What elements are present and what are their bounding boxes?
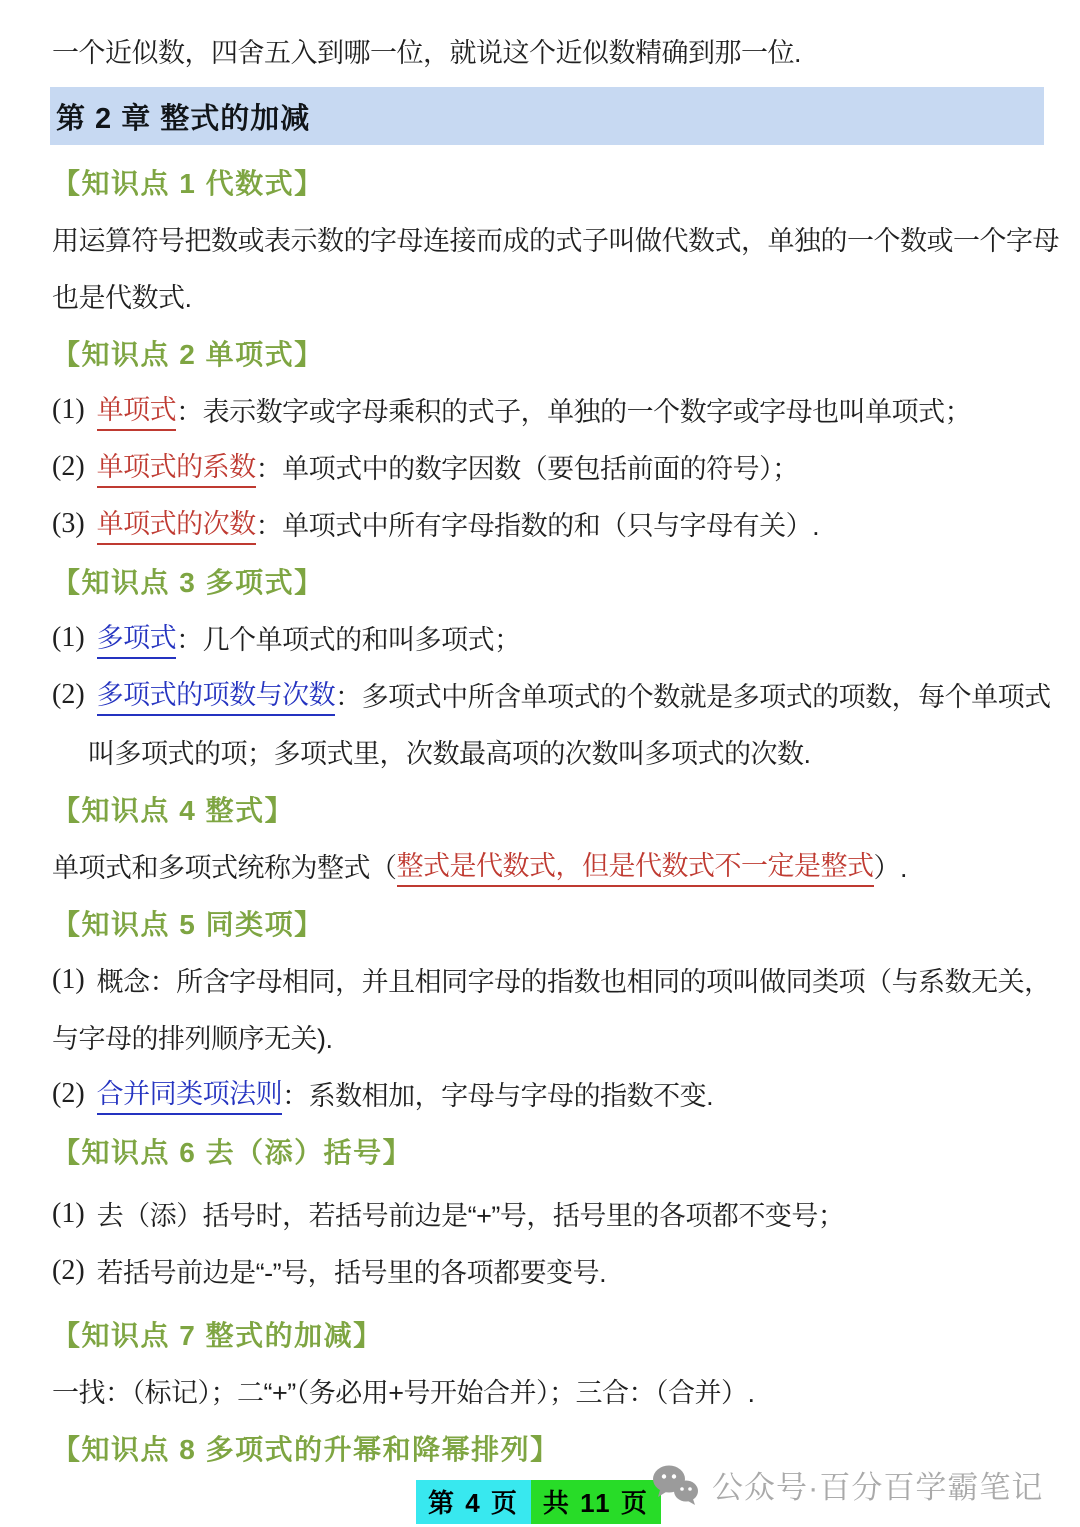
- kp3-item2-continuation: 叫多项式的项；多项式里，次数最高项的次数叫多项式的次数.: [52, 723, 1038, 780]
- chapter-banner-text: 第 2 章 整式的加减: [56, 96, 310, 137]
- page-number-total: 共 11 页: [531, 1480, 661, 1524]
- kp5-item2: (2) 合并同类项法则 ：系数相加，字母与字母的指数不变.: [52, 1065, 1038, 1122]
- kp3-item2: (2) 多项式的项数与次数 ：多项式中所含单项式的个数就是多项式的项数，每个单项…: [52, 666, 1038, 723]
- kp4-body: 单项式和多项式统称为整式（ 整式是代数式，但是代数式不一定是整式 ）.: [52, 837, 1038, 894]
- kp2-item2: (2) 单项式的系数 ：单项式中的数字因数（要包括前面的符号）；: [52, 438, 1038, 495]
- page-number-bar: 第 4 页 共 11 页: [416, 1480, 661, 1524]
- kp7-heading: 【知识点 7 整式的加减】: [52, 1305, 1038, 1362]
- item-text: ：几个单项式的和叫多项式；: [176, 618, 521, 657]
- term-combine-like-terms: 合并同类项法则: [97, 1072, 283, 1115]
- kp2-heading: 【知识点 2 单项式】: [52, 324, 1038, 381]
- term-monomial: 单项式: [97, 388, 177, 431]
- item-number: (2): [52, 451, 85, 483]
- item-text: ：系数相加，字母与字母的指数不变.: [282, 1074, 713, 1113]
- kp2-item1: (1) 单项式 ：表示数字或字母乘积的式子，单独的一个数字或字母也叫单项式；: [52, 381, 1038, 438]
- kp6-item2: (2) 若括号前边是“-”号，括号里的各项都要变号.: [52, 1242, 1038, 1299]
- item-text: 去（添）括号时，若括号前边是“+”号，括号里的各项都不变号；: [97, 1194, 845, 1233]
- kp5-heading: 【知识点 5 同类项】: [52, 894, 1038, 951]
- emphasized-note: 整式是代数式，但是代数式不一定是整式: [397, 844, 874, 887]
- document-page: 一个近似数，四舍五入到哪一位，就说这个近似数精确到那一位. 第 2 章 整式的加…: [0, 0, 1080, 1527]
- kp1-line1: 用运算符号把数或表示数的字母连接而成的式子叫做代数式，单独的一个数或一个字母: [52, 210, 1038, 267]
- item-number: (2): [52, 679, 85, 711]
- kp1-line2: 也是代数式.: [52, 267, 1038, 324]
- body-text: 单项式和多项式统称为整式（: [52, 846, 397, 885]
- kp6-item1: (1) 去（添）括号时，若括号前边是“+”号，括号里的各项都不变号；: [52, 1185, 1038, 1242]
- intro-text: 一个近似数，四舍五入到哪一位，就说这个近似数精确到那一位.: [52, 22, 1038, 79]
- watermark: 公众号·百分百学霸笔记: [650, 1462, 1043, 1507]
- watermark-text: 公众号·百分百学霸笔记: [712, 1462, 1043, 1507]
- term-polynomial: 多项式: [97, 616, 177, 659]
- wechat-icon: [650, 1464, 700, 1506]
- kp4-heading: 【知识点 4 整式】: [52, 780, 1038, 837]
- item-text: 若括号前边是“-”号，括号里的各项都要变号.: [97, 1251, 606, 1290]
- kp5-item1: (1) 概念：所含字母相同，并且相同字母的指数也相同的项叫做同类项（与系数无关，: [52, 951, 1038, 1008]
- term-degree: 单项式的次数: [97, 502, 256, 545]
- item-text: ：单项式中的数字因数（要包括前面的符号）；: [256, 447, 799, 486]
- item-text: 概念：所含字母相同，并且相同字母的指数也相同的项叫做同类项（与系数无关，: [97, 960, 1051, 999]
- item-number: (1): [52, 964, 85, 996]
- body-text: ）.: [874, 846, 908, 885]
- term-polynomial-terms-degree: 多项式的项数与次数: [97, 673, 336, 716]
- kp7-body: 一找：（标记）；二“+”（务必用+号开始合并）；三合：（合并）.: [52, 1362, 1038, 1419]
- item-number: (2): [52, 1255, 85, 1287]
- item-text: ：多项式中所含单项式的个数就是多项式的项数，每个单项式: [335, 675, 1051, 714]
- kp2-item3: (3) 单项式的次数 ：单项式中所有字母指数的和（只与字母有关）.: [52, 495, 1038, 552]
- item-number: (1): [52, 1198, 85, 1230]
- page-number-current: 第 4 页: [416, 1480, 531, 1524]
- term-coefficient: 单项式的系数: [97, 445, 256, 488]
- item-text: ：表示数字或字母乘积的式子，单独的一个数字或字母也叫单项式；: [176, 390, 971, 429]
- item-number: (1): [52, 394, 85, 426]
- kp1-heading: 【知识点 1 代数式】: [52, 153, 1038, 210]
- kp6-heading: 【知识点 6 去（添）括号】: [52, 1122, 1038, 1179]
- item-number: (3): [52, 508, 85, 540]
- chapter-banner: 第 2 章 整式的加减: [50, 87, 1044, 145]
- item-text: ：单项式中所有字母指数的和（只与字母有关）.: [256, 504, 820, 543]
- kp5-item1-continuation: 与字母的排列顺序无关).: [52, 1008, 1038, 1065]
- item-number: (2): [52, 1078, 85, 1110]
- kp3-item1: (1) 多项式 ：几个单项式的和叫多项式；: [52, 609, 1038, 666]
- item-number: (1): [52, 622, 85, 654]
- kp3-heading: 【知识点 3 多项式】: [52, 552, 1038, 609]
